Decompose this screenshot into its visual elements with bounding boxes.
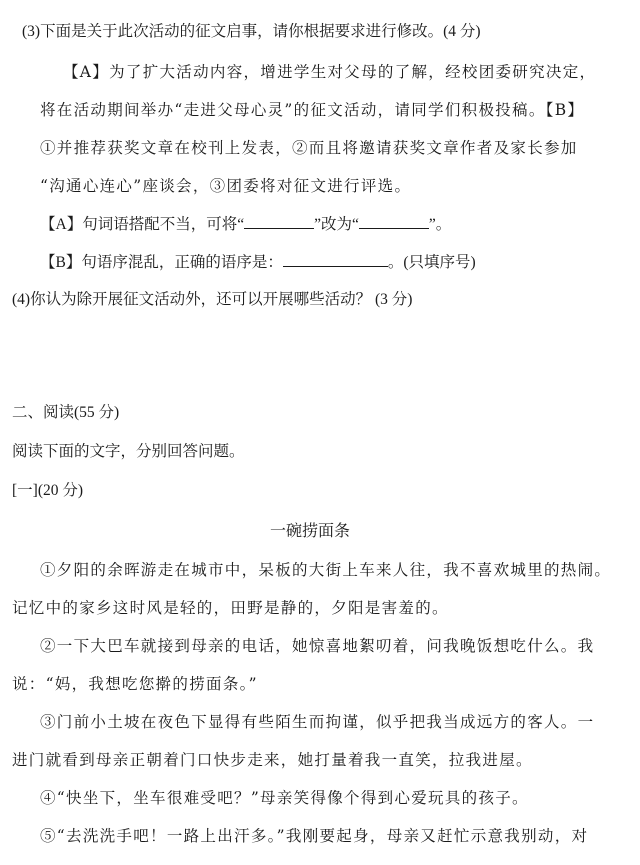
q3b-prefix: 【B】句语序混乱，正确的语序是： bbox=[40, 254, 283, 271]
paragraph-line-6: 进门就看到母亲正朝着门口快步走来，她打量着我一直笑，拉我进屋。 bbox=[12, 750, 533, 770]
question-3a: 【A】句词语搭配不当，可将“”改为“”。 bbox=[40, 214, 451, 235]
paragraph-line-3: ②一下大巴车就接到母亲的电话，她惊喜地絮叨着，问我晚饭想吃什么。我 bbox=[40, 636, 594, 656]
q3b-suffix: 。(只填序号) bbox=[388, 254, 476, 271]
reading-instruction: 阅读下面的文字，分别回答问题。 bbox=[12, 442, 245, 462]
article-title: 一碗捞面条 bbox=[270, 518, 350, 541]
q3a-suffix: ”。 bbox=[429, 216, 451, 233]
paragraph-line-2: 记忆中的家乡这时风是轻的，田野是静的，夕阳是害羞的。 bbox=[12, 598, 449, 618]
answer-blank-a2[interactable] bbox=[359, 214, 429, 229]
notice-line-3: ①并推荐获奖文章在校刊上发表，②而且将邀请获奖文章作者及家长参加 bbox=[40, 138, 578, 158]
question-3-prompt: (3)下面是关于此次活动的征文启事，请你根据要求进行修改。(4 分) bbox=[22, 22, 481, 42]
answer-blank-a1[interactable] bbox=[244, 214, 314, 229]
paragraph-line-5: ③门前小土坡在夜色下显得有些陌生而拘谨，似乎把我当成远方的客人。一 bbox=[40, 712, 594, 732]
paragraph-line-1: ①夕阳的余晖游走在城市中，呆板的大街上车来人往，我不喜欢城里的热闹。 bbox=[40, 560, 611, 580]
part-label: [一](20 分) bbox=[12, 481, 83, 501]
paragraph-line-7: ④“快坐下，坐车很难受吧？”母亲笑得像个得到心爱玩具的孩子。 bbox=[40, 788, 529, 808]
q3a-prefix: 【A】句词语搭配不当，可将“ bbox=[40, 216, 244, 233]
notice-line-2: 将在活动期间举办“走进父母心灵”的征文活动，请同学们积极投稿。【B】 bbox=[40, 100, 584, 120]
question-4-prompt: (4)你认为除开展征文活动外，还可以开展哪些活动？ (3 分) bbox=[12, 290, 412, 310]
paragraph-line-8: ⑤“去洗洗手吧！一路上出汗多。”我刚要起身，母亲又赶忙示意我别动，对 bbox=[40, 826, 588, 846]
paragraph-line-4: 说：“妈，我想吃您擀的捞面条。” bbox=[12, 674, 258, 694]
q3a-mid: ”改为“ bbox=[314, 216, 359, 233]
notice-line-4: “沟通心连心”座谈会，③团委将对征文进行评选。 bbox=[40, 176, 411, 196]
notice-line-1: 【A】为了扩大活动内容，增进学生对父母的了解，经校团委研究决定， bbox=[63, 62, 596, 82]
answer-blank-b[interactable] bbox=[283, 252, 388, 267]
section-heading: 二、阅读(55 分) bbox=[12, 403, 119, 423]
question-3b: 【B】句语序混乱，正确的语序是：。(只填序号) bbox=[40, 252, 476, 273]
